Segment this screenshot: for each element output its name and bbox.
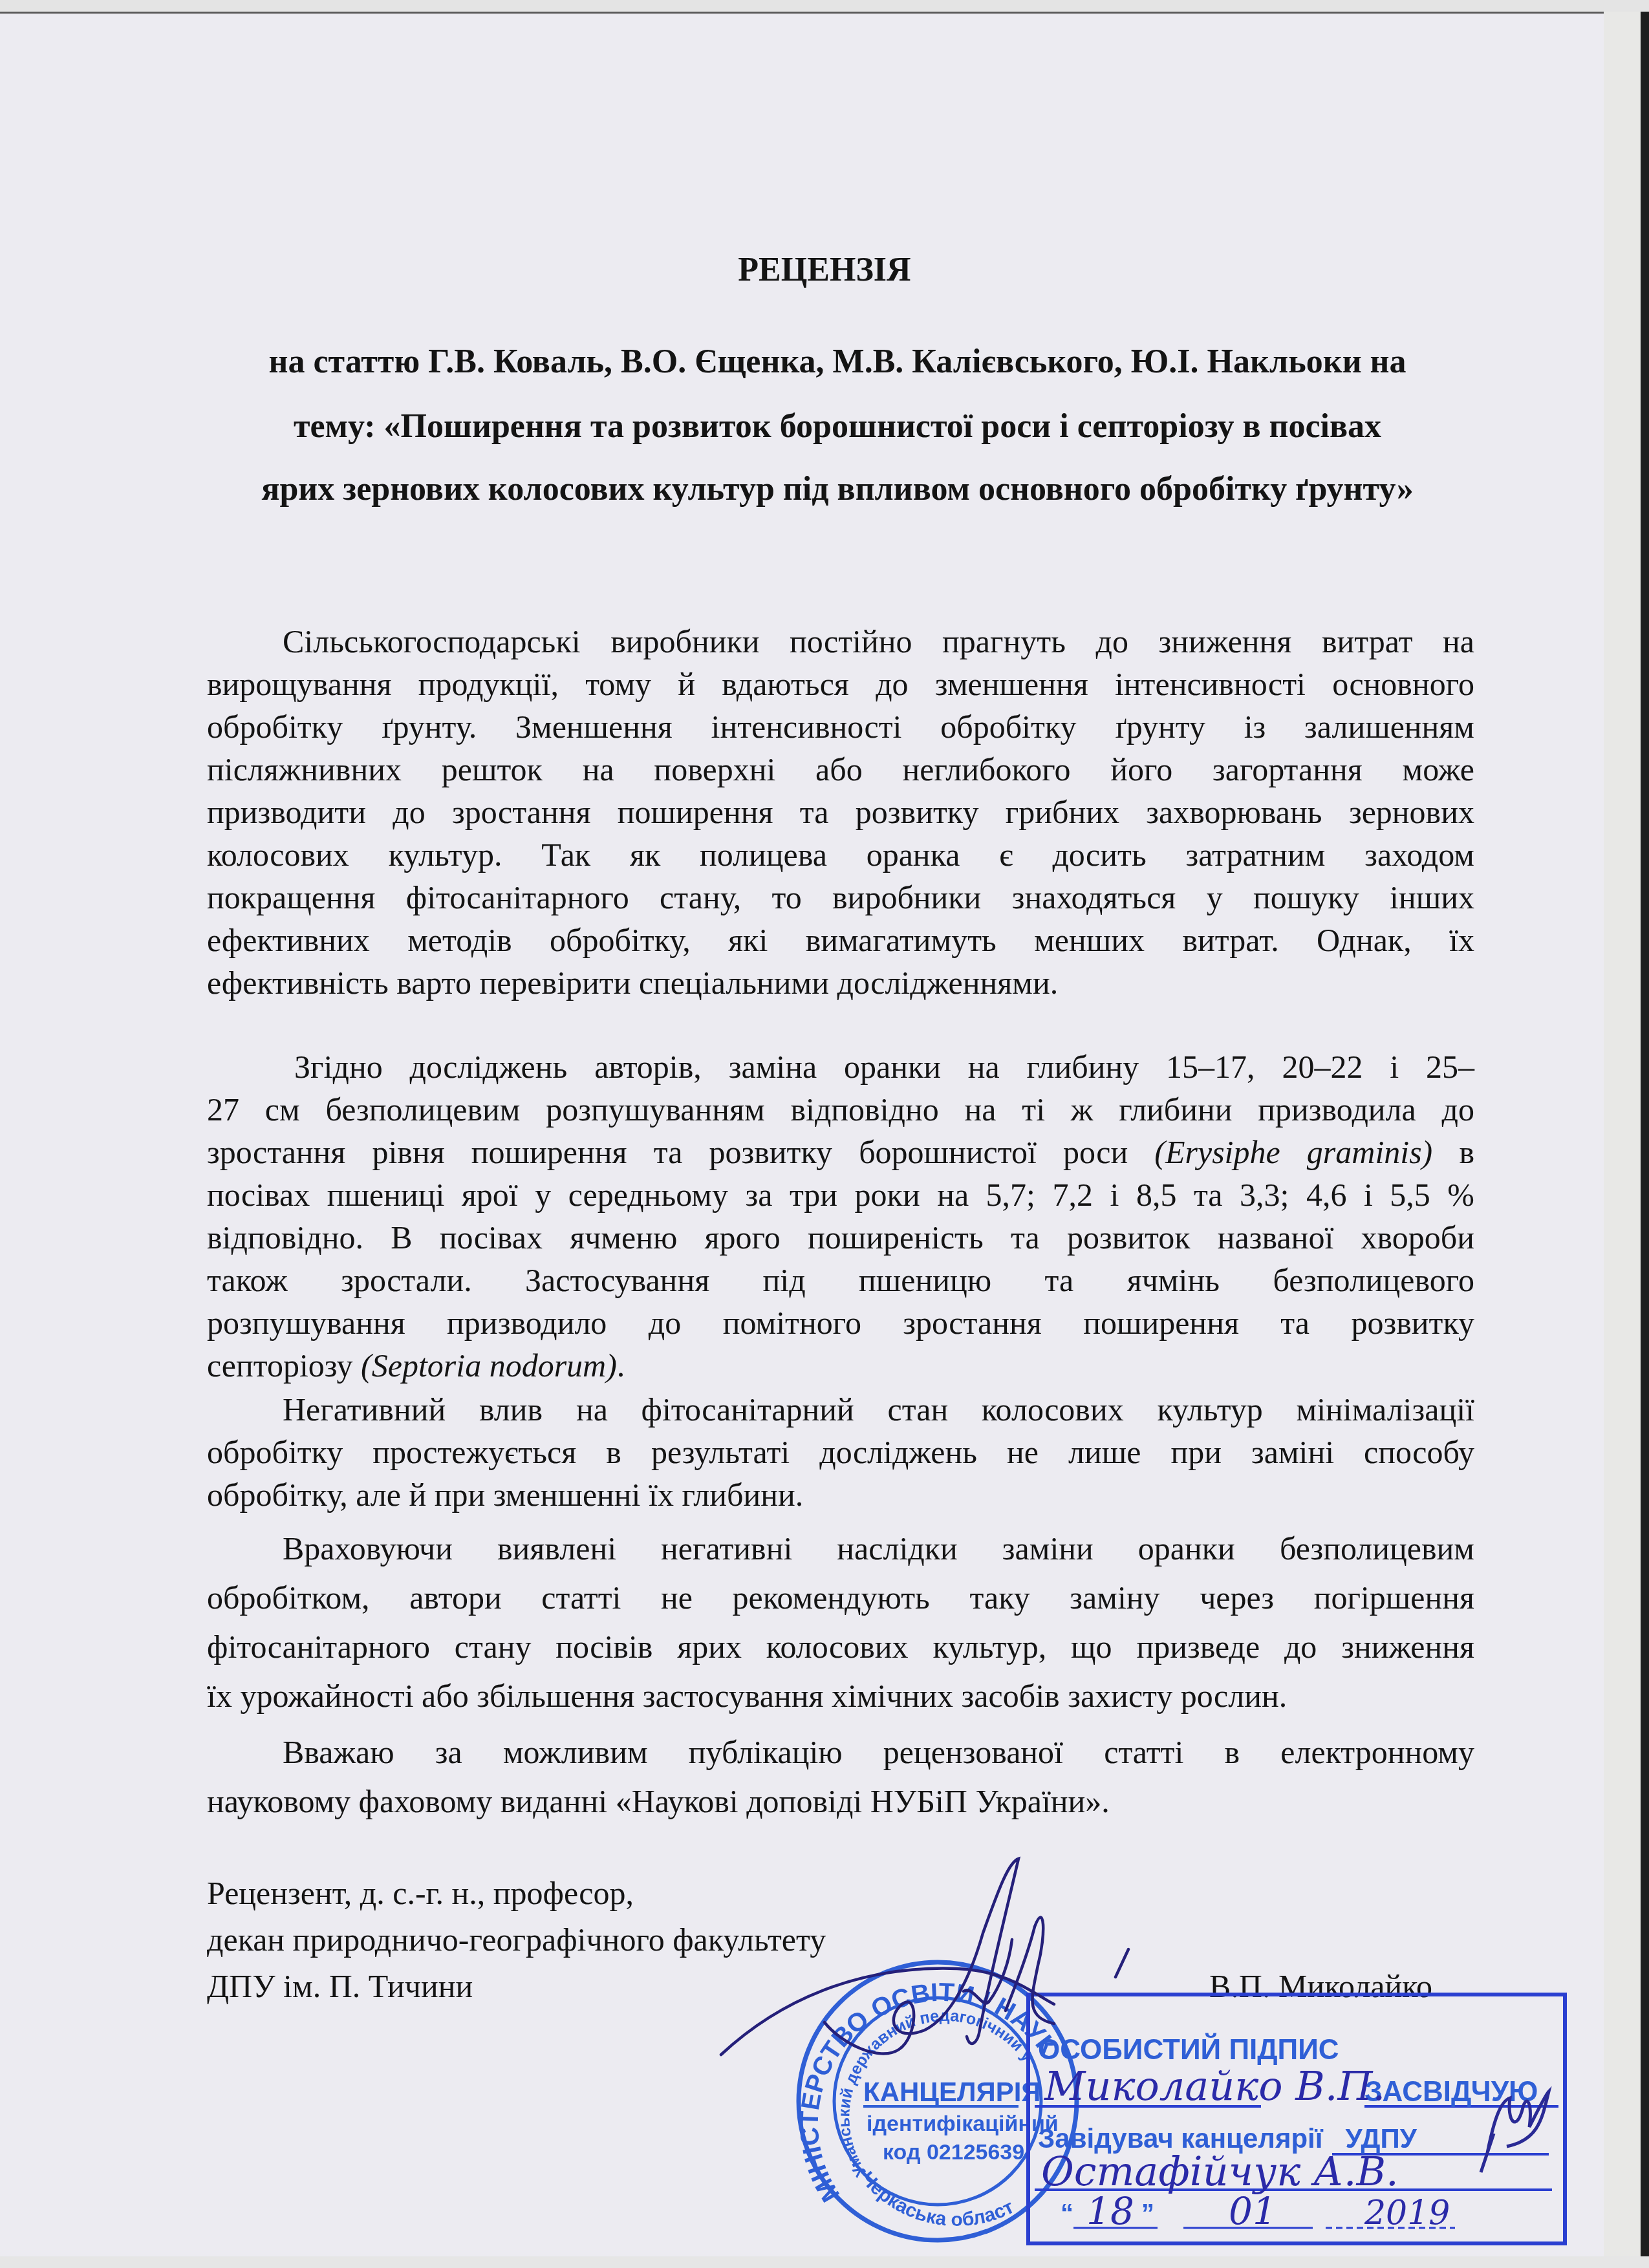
handwritten-date-month: 01 <box>1229 2189 1277 2233</box>
handwritten-clerk-name: Остафійчук А.В. <box>1041 2148 1399 2195</box>
rect-stamp-personal-signature-label: ОСОБИСТИЙ ПІДПИС <box>1038 2033 1339 2066</box>
rect-stamp-certify-label: ЗАСВІДЧУЮ <box>1364 2076 1538 2108</box>
handwritten-date-day: 18 <box>1086 2189 1134 2233</box>
round-stamp-center-code: код 02125639 <box>883 2140 1024 2165</box>
stamps-and-signatures: МІНІСТЕРСТВО ОСВІТИ І НАУКИ Уманський де… <box>0 0 1649 2268</box>
handwritten-date-year: 2019 <box>1364 2194 1450 2232</box>
round-stamp-outer-text: МІНІСТЕРСТВО ОСВІТИ І НАУКИ <box>0 0 1062 2207</box>
round-stamp-inner-text: Уманський державний педагогічний універс… <box>0 0 1037 2180</box>
handwritten-reviewer-name: Миколайко В.П. <box>1044 2062 1385 2110</box>
round-stamp-bottom-text: Черкаська область <box>0 0 1017 2231</box>
date-close-quote: ” <box>1141 2199 1154 2228</box>
round-stamp-center-title: КАНЦЕЛЯРІЯ <box>863 2077 1041 2107</box>
date-open-quote: “ <box>1061 2199 1073 2228</box>
